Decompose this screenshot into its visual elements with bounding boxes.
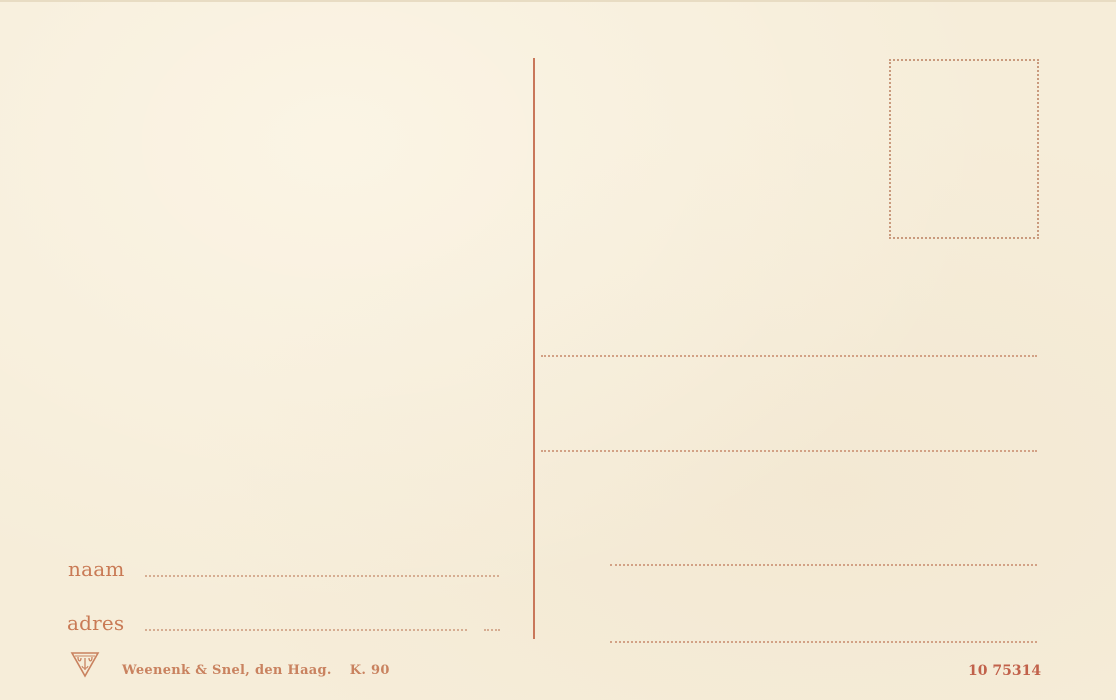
postcard-back: naam adres Weenenk & Snel, den Haag.K. 9… [0,0,1116,700]
sender-address-label: adres [67,611,124,635]
publisher-name: Weenenk & Snel, den Haag. [122,663,332,678]
sender-name-label: naam [68,557,125,581]
publisher-code: K. 90 [350,663,390,678]
address-line-1 [541,355,1037,357]
address-line-4 [610,641,1037,643]
sender-address-line [145,629,467,631]
sender-name-line [145,575,499,577]
serial-number: 10 75314 [968,663,1041,679]
publisher-logo-icon [70,650,100,678]
address-line-2 [541,450,1037,452]
sender-address-line-tail [484,629,500,631]
publisher-imprint: Weenenk & Snel, den Haag.K. 90 [122,663,390,678]
address-line-3 [610,564,1037,566]
center-divider-line [533,58,535,639]
stamp-box [889,59,1039,239]
